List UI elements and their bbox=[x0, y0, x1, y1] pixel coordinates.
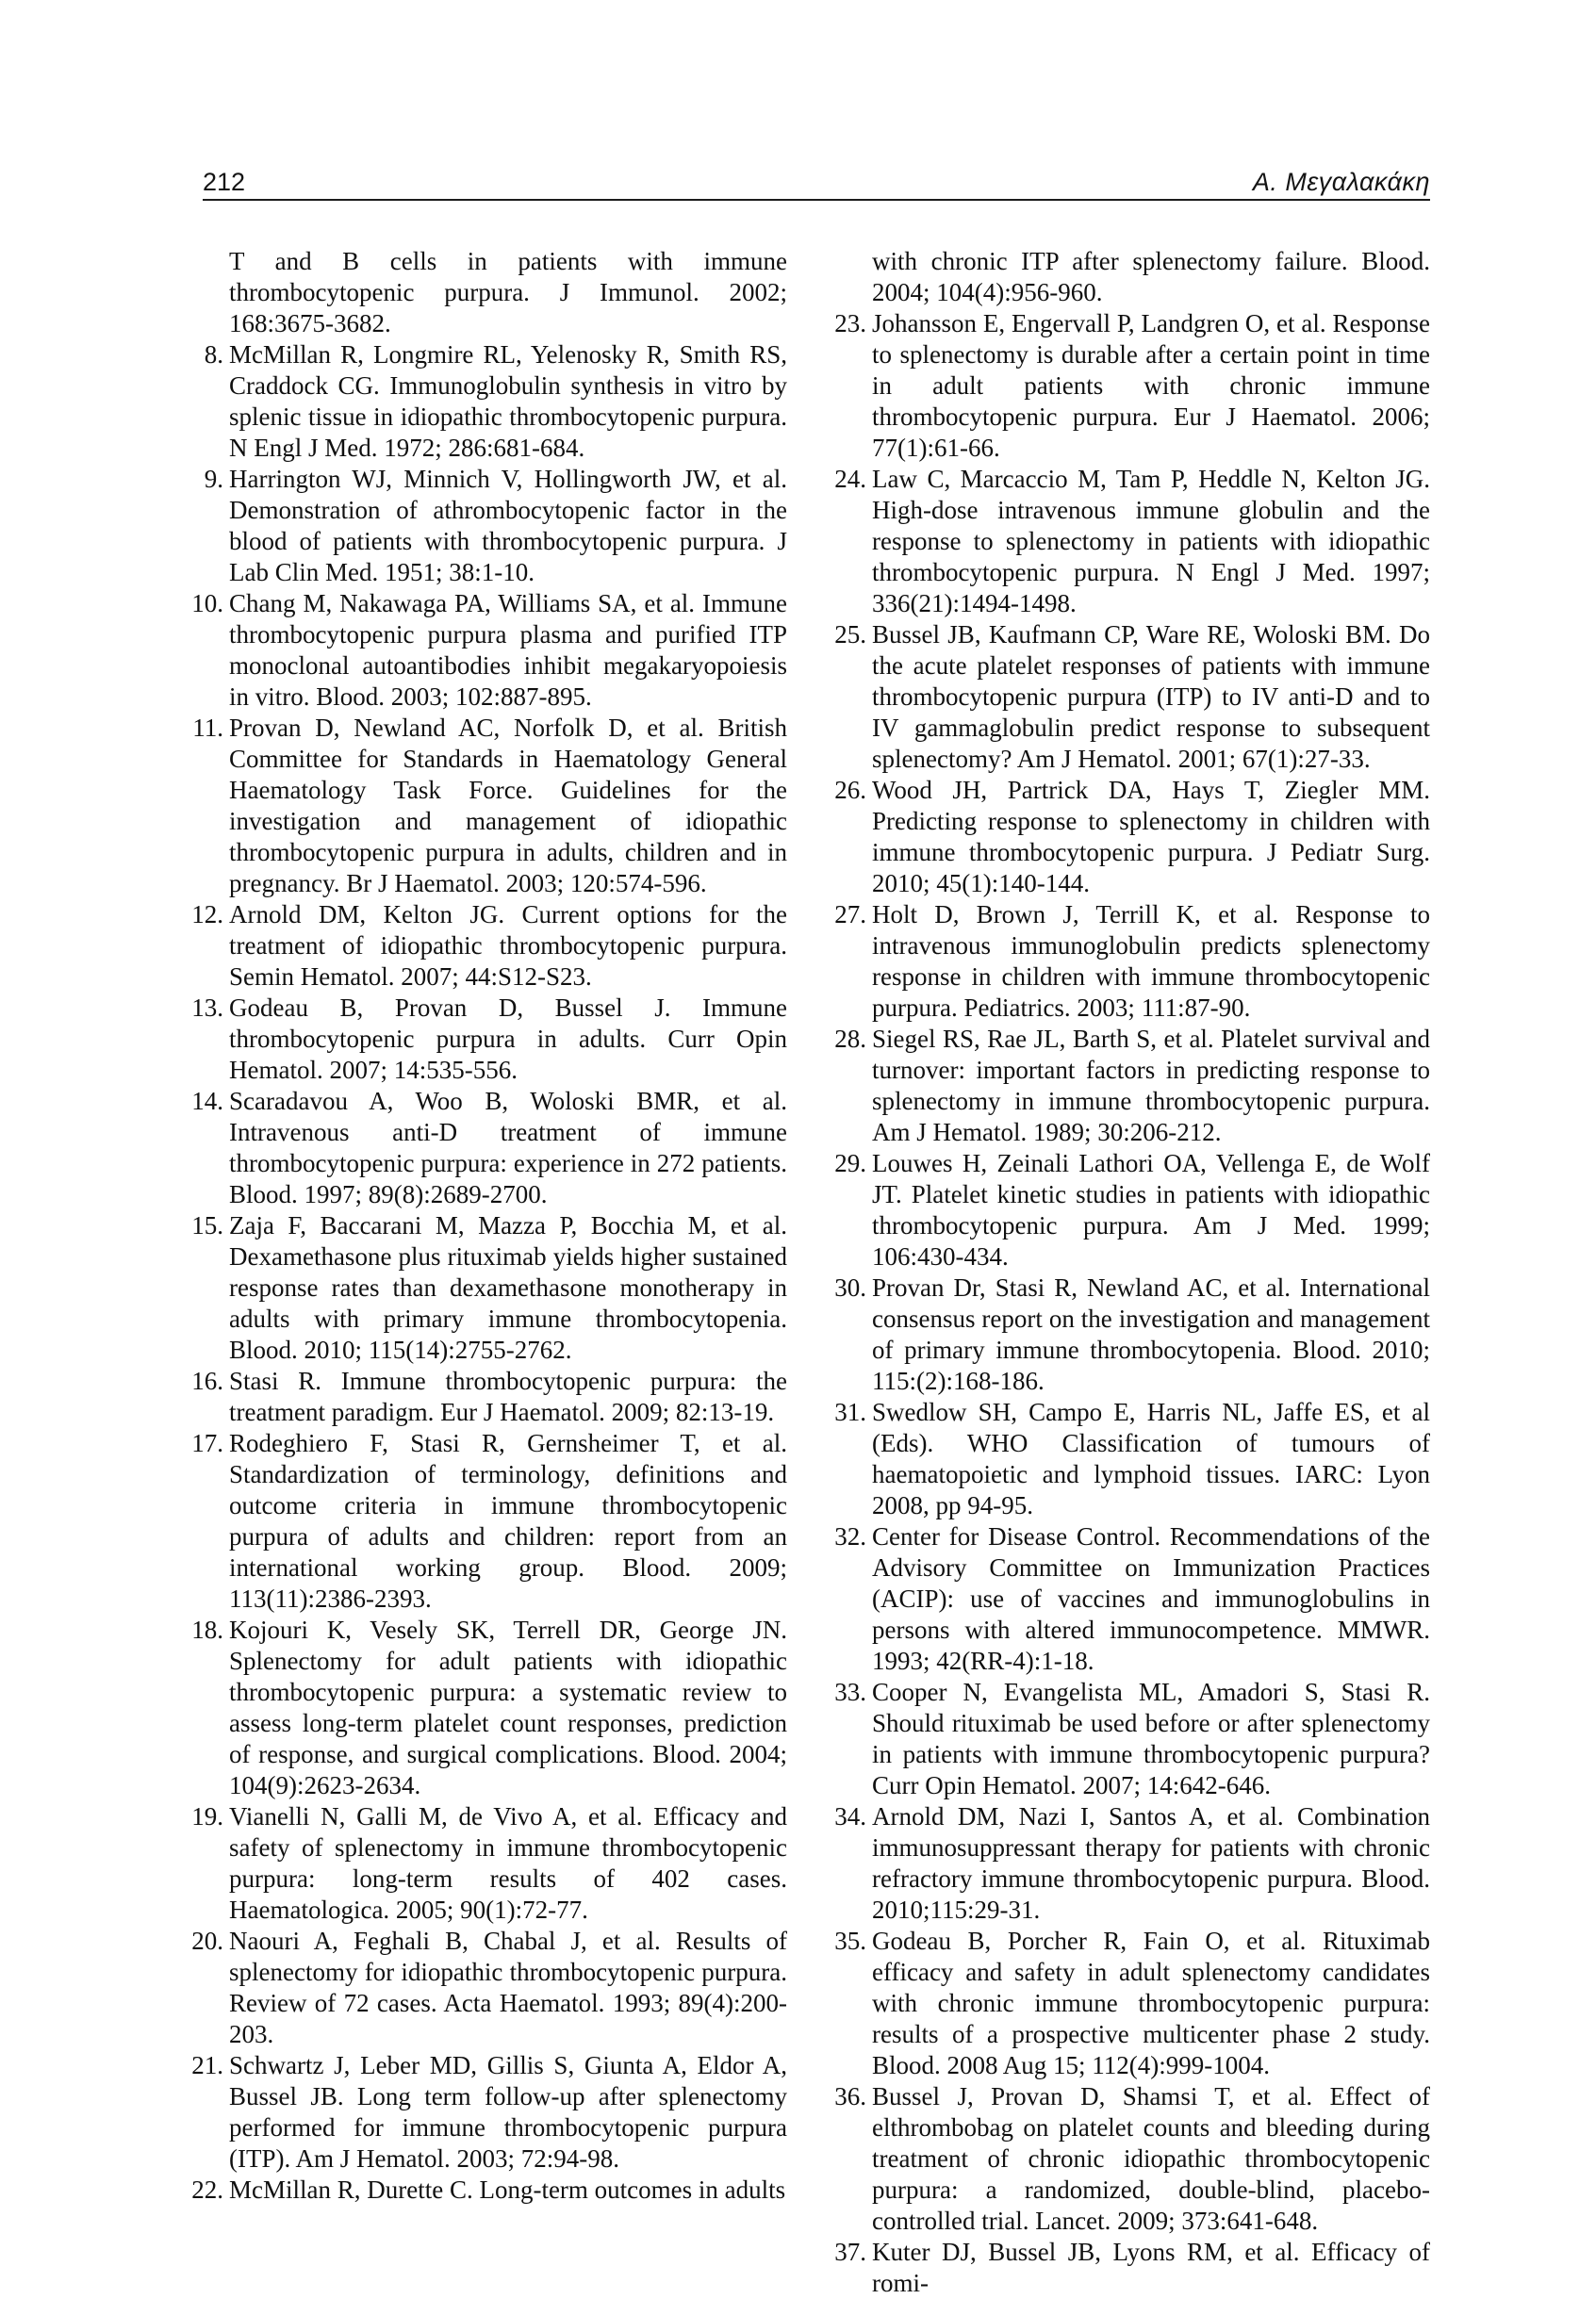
references-right-column: with chronic ITP after splenectomy failu… bbox=[846, 246, 1430, 2299]
reference-number: 20. bbox=[189, 1926, 223, 1957]
reference-text: Arnold DM, Nazi I, Santos A, et al. Comb… bbox=[872, 1802, 1430, 1924]
reference-text: Stasi R. Immune thrombocytopenic purpura… bbox=[229, 1367, 787, 1426]
reference-item: 34.Arnold DM, Nazi I, Santos A, et al. C… bbox=[846, 1801, 1430, 1926]
reference-number: 11. bbox=[189, 713, 223, 744]
reference-number: 32. bbox=[832, 1521, 866, 1552]
reference-list-right: 23.Johansson E, Engervall P, Landgren O,… bbox=[846, 308, 1430, 2299]
reference-item: 11.Provan D, Newland AC, Norfolk D, et a… bbox=[203, 713, 787, 899]
reference-item: 19.Vianelli N, Galli M, de Vivo A, et al… bbox=[203, 1801, 787, 1926]
reference-number: 33. bbox=[832, 1677, 866, 1708]
reference-item: 35.Godeau B, Porcher R, Fain O, et al. R… bbox=[846, 1926, 1430, 2081]
reference-text: Provan D, Newland AC, Norfolk D, et al. … bbox=[229, 714, 787, 897]
reference-number: 31. bbox=[832, 1397, 866, 1428]
reference-text: Provan Dr, Stasi R, Newland AC, et al. I… bbox=[872, 1273, 1430, 1395]
reference-number: 34. bbox=[832, 1801, 866, 1832]
reference-item: 28.Siegel RS, Rae JL, Barth S, et al. Pl… bbox=[846, 1024, 1430, 1148]
references-section: T and B cells in patients with immune th… bbox=[203, 246, 1430, 2299]
running-head-author: Α. Μεγαλακάκη bbox=[1253, 168, 1430, 196]
reference-number: 10. bbox=[189, 588, 223, 619]
reference-number: 23. bbox=[832, 308, 866, 339]
reference-number: 17. bbox=[189, 1428, 223, 1459]
reference-number: 27. bbox=[832, 899, 866, 930]
references-left-column: T and B cells in patients with immune th… bbox=[203, 246, 787, 2299]
reference-item: 15.Zaja F, Baccarani M, Mazza P, Bocchia… bbox=[203, 1210, 787, 1366]
reference-text: Cooper N, Evangelista ML, Amadori S, Sta… bbox=[872, 1678, 1430, 1799]
reference-text: Vianelli N, Galli M, de Vivo A, et al. E… bbox=[229, 1802, 787, 1924]
reference-text: Bussel J, Provan D, Shamsi T, et al. Eff… bbox=[872, 2082, 1430, 2235]
reference-item: 32.Center for Disease Control. Recommend… bbox=[846, 1521, 1430, 1677]
reference-text: McMillan R, Longmire RL, Yelenosky R, Sm… bbox=[229, 340, 787, 462]
reference-number: 36. bbox=[832, 2081, 866, 2112]
reference-text: Naouri A, Feghali B, Chabal J, et al. Re… bbox=[229, 1927, 787, 2048]
reference-number: 12. bbox=[189, 899, 223, 930]
reference-number: 25. bbox=[832, 619, 866, 650]
reference-continuation-text: T and B cells in patients with immune th… bbox=[203, 246, 787, 339]
reference-number: 29. bbox=[832, 1148, 866, 1179]
reference-item: 33.Cooper N, Evangelista ML, Amadori S, … bbox=[846, 1677, 1430, 1801]
reference-item: 17.Rodeghiero F, Stasi R, Gernsheimer T,… bbox=[203, 1428, 787, 1615]
reference-text: Siegel RS, Rae JL, Barth S, et al. Plate… bbox=[872, 1025, 1430, 1146]
reference-item: 26.Wood JH, Partrick DA, Hays T, Ziegler… bbox=[846, 775, 1430, 899]
reference-text: Holt D, Brown J, Terrill K, et al. Respo… bbox=[872, 900, 1430, 1022]
reference-text: Law C, Marcaccio M, Tam P, Heddle N, Kel… bbox=[872, 465, 1430, 617]
reference-number: 30. bbox=[832, 1273, 866, 1304]
reference-number: 22. bbox=[189, 2175, 223, 2206]
reference-item: 16.Stasi R. Immune thrombocytopenic purp… bbox=[203, 1366, 787, 1428]
reference-number: 26. bbox=[832, 775, 866, 806]
reference-item: 8.McMillan R, Longmire RL, Yelenosky R, … bbox=[203, 339, 787, 464]
reference-item: 25.Bussel JB, Kaufmann CP, Ware RE, Wolo… bbox=[846, 619, 1430, 775]
paper-page: 212 Α. Μεγαλακάκη T and B cells in patie… bbox=[0, 0, 1596, 2153]
reference-continuation-text: with chronic ITP after splenectomy failu… bbox=[846, 246, 1430, 308]
reference-text: Godeau B, Porcher R, Fain O, et al. Ritu… bbox=[872, 1927, 1430, 2079]
reference-item: 12.Arnold DM, Kelton JG. Current options… bbox=[203, 899, 787, 993]
reference-item: 36.Bussel J, Provan D, Shamsi T, et al. … bbox=[846, 2081, 1430, 2237]
reference-text: Chang M, Nakawaga PA, Williams SA, et al… bbox=[229, 589, 787, 711]
reference-number: 37. bbox=[832, 2237, 866, 2268]
reference-list-left: 8.McMillan R, Longmire RL, Yelenosky R, … bbox=[203, 339, 787, 2206]
reference-item: 23.Johansson E, Engervall P, Landgren O,… bbox=[846, 308, 1430, 464]
reference-text: Kojouri K, Vesely SK, Terrell DR, George… bbox=[229, 1616, 787, 1799]
reference-number: 14. bbox=[189, 1086, 223, 1117]
reference-item: 21.Schwartz J, Leber MD, Gillis S, Giunt… bbox=[203, 2050, 787, 2175]
reference-item: 31.Swedlow SH, Campo E, Harris NL, Jaffe… bbox=[846, 1397, 1430, 1521]
reference-text: Scaradavou A, Woo B, Woloski BMR, et al.… bbox=[229, 1087, 787, 1208]
reference-number: 21. bbox=[189, 2050, 223, 2081]
reference-item: 14.Scaradavou A, Woo B, Woloski BMR, et … bbox=[203, 1086, 787, 1210]
reference-item: 24.Law C, Marcaccio M, Tam P, Heddle N, … bbox=[846, 464, 1430, 619]
reference-text: Bussel JB, Kaufmann CP, Ware RE, Woloski… bbox=[872, 620, 1430, 773]
reference-number: 8. bbox=[189, 339, 223, 370]
reference-number: 13. bbox=[189, 993, 223, 1024]
reference-number: 16. bbox=[189, 1366, 223, 1397]
reference-text: Godeau B, Provan D, Bussel J. Immune thr… bbox=[229, 993, 787, 1084]
reference-text: Zaja F, Baccarani M, Mazza P, Bocchia M,… bbox=[229, 1211, 787, 1364]
reference-number: 19. bbox=[189, 1801, 223, 1832]
reference-item: 22.McMillan R, Durette C. Long-term outc… bbox=[203, 2175, 787, 2206]
reference-item: 27.Holt D, Brown J, Terrill K, et al. Re… bbox=[846, 899, 1430, 1024]
running-head: 212 Α. Μεγαλακάκη bbox=[203, 168, 1430, 196]
header-rule bbox=[203, 199, 1430, 201]
reference-item: 9.Harrington WJ, Minnich V, Hollingworth… bbox=[203, 464, 787, 588]
reference-text: Center for Disease Control. Recommendati… bbox=[872, 1522, 1430, 1675]
reference-text: Harrington WJ, Minnich V, Hollingworth J… bbox=[229, 465, 787, 586]
page-number: 212 bbox=[203, 168, 245, 196]
reference-item: 37.Kuter DJ, Bussel JB, Lyons RM, et al.… bbox=[846, 2237, 1430, 2299]
reference-item: 30.Provan Dr, Stasi R, Newland AC, et al… bbox=[846, 1273, 1430, 1397]
reference-text: Rodeghiero F, Stasi R, Gernsheimer T, et… bbox=[229, 1429, 787, 1613]
reference-text: McMillan R, Durette C. Long-term outcome… bbox=[229, 2176, 785, 2204]
reference-text: Schwartz J, Leber MD, Gillis S, Giunta A… bbox=[229, 2051, 787, 2173]
reference-text: Wood JH, Partrick DA, Hays T, Ziegler MM… bbox=[872, 776, 1430, 897]
reference-item: 18.Kojouri K, Vesely SK, Terrell DR, Geo… bbox=[203, 1615, 787, 1801]
reference-item: 20.Naouri A, Feghali B, Chabal J, et al.… bbox=[203, 1926, 787, 2050]
reference-item: 10.Chang M, Nakawaga PA, Williams SA, et… bbox=[203, 588, 787, 713]
reference-text: Arnold DM, Kelton JG. Current options fo… bbox=[229, 900, 787, 991]
reference-number: 9. bbox=[189, 464, 223, 495]
reference-item: 29.Louwes H, Zeinali Lathori OA, Velleng… bbox=[846, 1148, 1430, 1273]
reference-number: 18. bbox=[189, 1615, 223, 1646]
reference-text: Johansson E, Engervall P, Landgren O, et… bbox=[872, 309, 1430, 462]
reference-text: Kuter DJ, Bussel JB, Lyons RM, et al. Ef… bbox=[872, 2238, 1430, 2297]
reference-item: 13.Godeau B, Provan D, Bussel J. Immune … bbox=[203, 993, 787, 1086]
reference-number: 35. bbox=[832, 1926, 866, 1957]
reference-number: 15. bbox=[189, 1210, 223, 1241]
reference-number: 28. bbox=[832, 1024, 866, 1055]
reference-number: 24. bbox=[832, 464, 866, 495]
reference-text: Swedlow SH, Campo E, Harris NL, Jaffe ES… bbox=[872, 1398, 1430, 1519]
reference-text: Louwes H, Zeinali Lathori OA, Vellenga E… bbox=[872, 1149, 1430, 1271]
